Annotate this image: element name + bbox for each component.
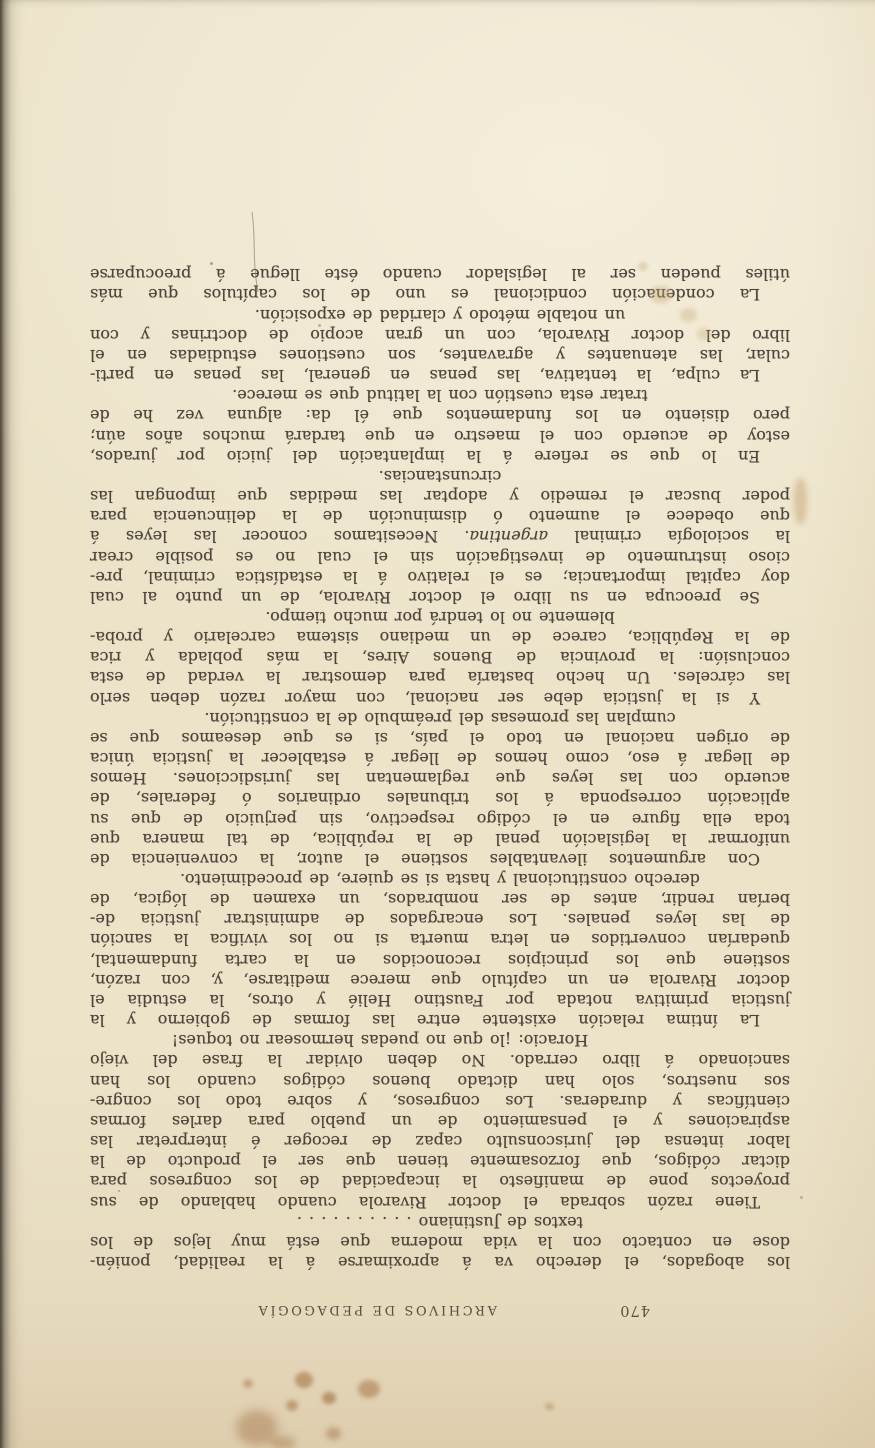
- text-line: libro del doctor Rivarola, con un gran a…: [90, 325, 790, 345]
- italic-word: argentina: [469, 527, 548, 546]
- text-line: Horacio: ¡lo que no puedas hermosear no …: [90, 1030, 790, 1050]
- text-line: de origen nacional en todo el país, si e…: [90, 728, 790, 748]
- text-line: doctor Rivarola en un capítulo que merec…: [90, 970, 790, 990]
- text-line: estoy de acuerdo con el maestro en que t…: [90, 425, 790, 445]
- text-line: cioso instrumento de investigación sin e…: [90, 546, 790, 566]
- text-line: toda ella figure en el código respectivo…: [90, 808, 790, 828]
- text-line: labor intensa del jurisconsulto capaz de…: [90, 1131, 790, 1151]
- text-line: dictar códigos, que forzosamente tienen …: [90, 1151, 790, 1171]
- text-line: derecho constitucional y hasta si se qui…: [90, 869, 790, 889]
- text-line: proyectos pone de manifiesto la incapaci…: [90, 1171, 790, 1191]
- text-line: La condenación condicional es uno de los…: [90, 284, 790, 304]
- text-line: los abogados, el derecho va á aproximars…: [90, 1252, 790, 1272]
- text-line: aplicación corresponda á los tribunales …: [90, 788, 790, 808]
- text-line: Con argumentos ilevantables sostiene el …: [90, 849, 790, 869]
- text-line: Se preocupa en su libro el doctor Rivaro…: [90, 587, 790, 607]
- text-line: conclusión: la provincia de Buenos Aires…: [90, 647, 790, 667]
- text-line: útiles pueden ser al legislador cuando é…: [90, 264, 790, 284]
- text-line: de la República, carece de un mediano si…: [90, 627, 790, 647]
- text-line: que obedece el aumento ó disminución de …: [90, 506, 790, 526]
- text-line: doy capital importancia; es el relativo …: [90, 567, 790, 587]
- text-line: Y si la justicia debe ser nacional, con …: [90, 687, 790, 707]
- text-line: poder buscar el remedio y adoptar las me…: [90, 486, 790, 506]
- text-line: la sociología criminal argentina. Necesi…: [90, 526, 790, 546]
- text-line: quedarían convertidos en letra muerta si…: [90, 929, 790, 949]
- text-line: blemente no lo tendrá por mucho tiempo.: [90, 607, 790, 627]
- body-text: los abogados, el derecho va á aproximars…: [90, 264, 790, 1272]
- text-line: cular, las atenuantes y agravantes, son …: [90, 345, 790, 365]
- running-title: ARCHIVOS DE PEDAGOGÍA: [256, 1302, 497, 1317]
- text-line: La culpa, la tentativa, las penas en gen…: [90, 365, 790, 385]
- text-line: acuerdo con las leyes que reglamentan la…: [90, 768, 790, 788]
- page-sheet-rotated: 470 ARCHIVOS DE PEDAGOGÍA los abogados, …: [0, 0, 875, 1448]
- text-line: berían rendir, antes de ser nombrados, u…: [90, 889, 790, 909]
- text-line: circunstancias.: [90, 466, 790, 486]
- text-line: las cárceles. Un hecho bastaría para dem…: [90, 667, 790, 687]
- text-line: de las leyes penales. Los encargados de …: [90, 909, 790, 929]
- page-header: 470 ARCHIVOS DE PEDAGOGÍA: [90, 1296, 790, 1320]
- text-line: sos nuestros, solo han dictado buenos có…: [90, 1070, 790, 1090]
- text-line: de llegar á eso, como hemos de llegar á …: [90, 748, 790, 768]
- text-line: En lo que se refiere á la implantación d…: [90, 446, 790, 466]
- text-line: dose en contacto con la vida moderna que…: [90, 1232, 790, 1252]
- text-line: Tiene razón sobrada el doctor Rivarola c…: [90, 1191, 790, 1211]
- text-line: un notable método y claridad de exposici…: [90, 305, 790, 325]
- text-line: uniformar la legislación penal de la rep…: [90, 829, 790, 849]
- text-line: pero disiento en los fundamentos que él …: [90, 405, 790, 425]
- text-line: tratar esta cuestión con la latitud que …: [90, 385, 790, 405]
- text-line: sancionado á libro cerrado. No deben olv…: [90, 1050, 790, 1070]
- text-line: científicas y duraderas. Los congresos, …: [90, 1091, 790, 1111]
- text-line: justicia primitiva notada por Faustino H…: [90, 990, 790, 1010]
- text-line: cumplan las promesas del preámbulo de la…: [90, 708, 790, 728]
- scanned-book-page: 470 ARCHIVOS DE PEDAGOGÍA los abogados, …: [0, 0, 875, 1448]
- text-line: textos de Justiniano . . . . . . . . . .: [90, 1212, 790, 1232]
- text-line: La íntima relación existente entre las f…: [90, 1010, 790, 1030]
- text-line: sostiene que los principios reconocidos …: [90, 950, 790, 970]
- text-line: aspiraciones y el pensamiento de un pueb…: [90, 1111, 790, 1131]
- page-number: 470: [619, 1302, 650, 1318]
